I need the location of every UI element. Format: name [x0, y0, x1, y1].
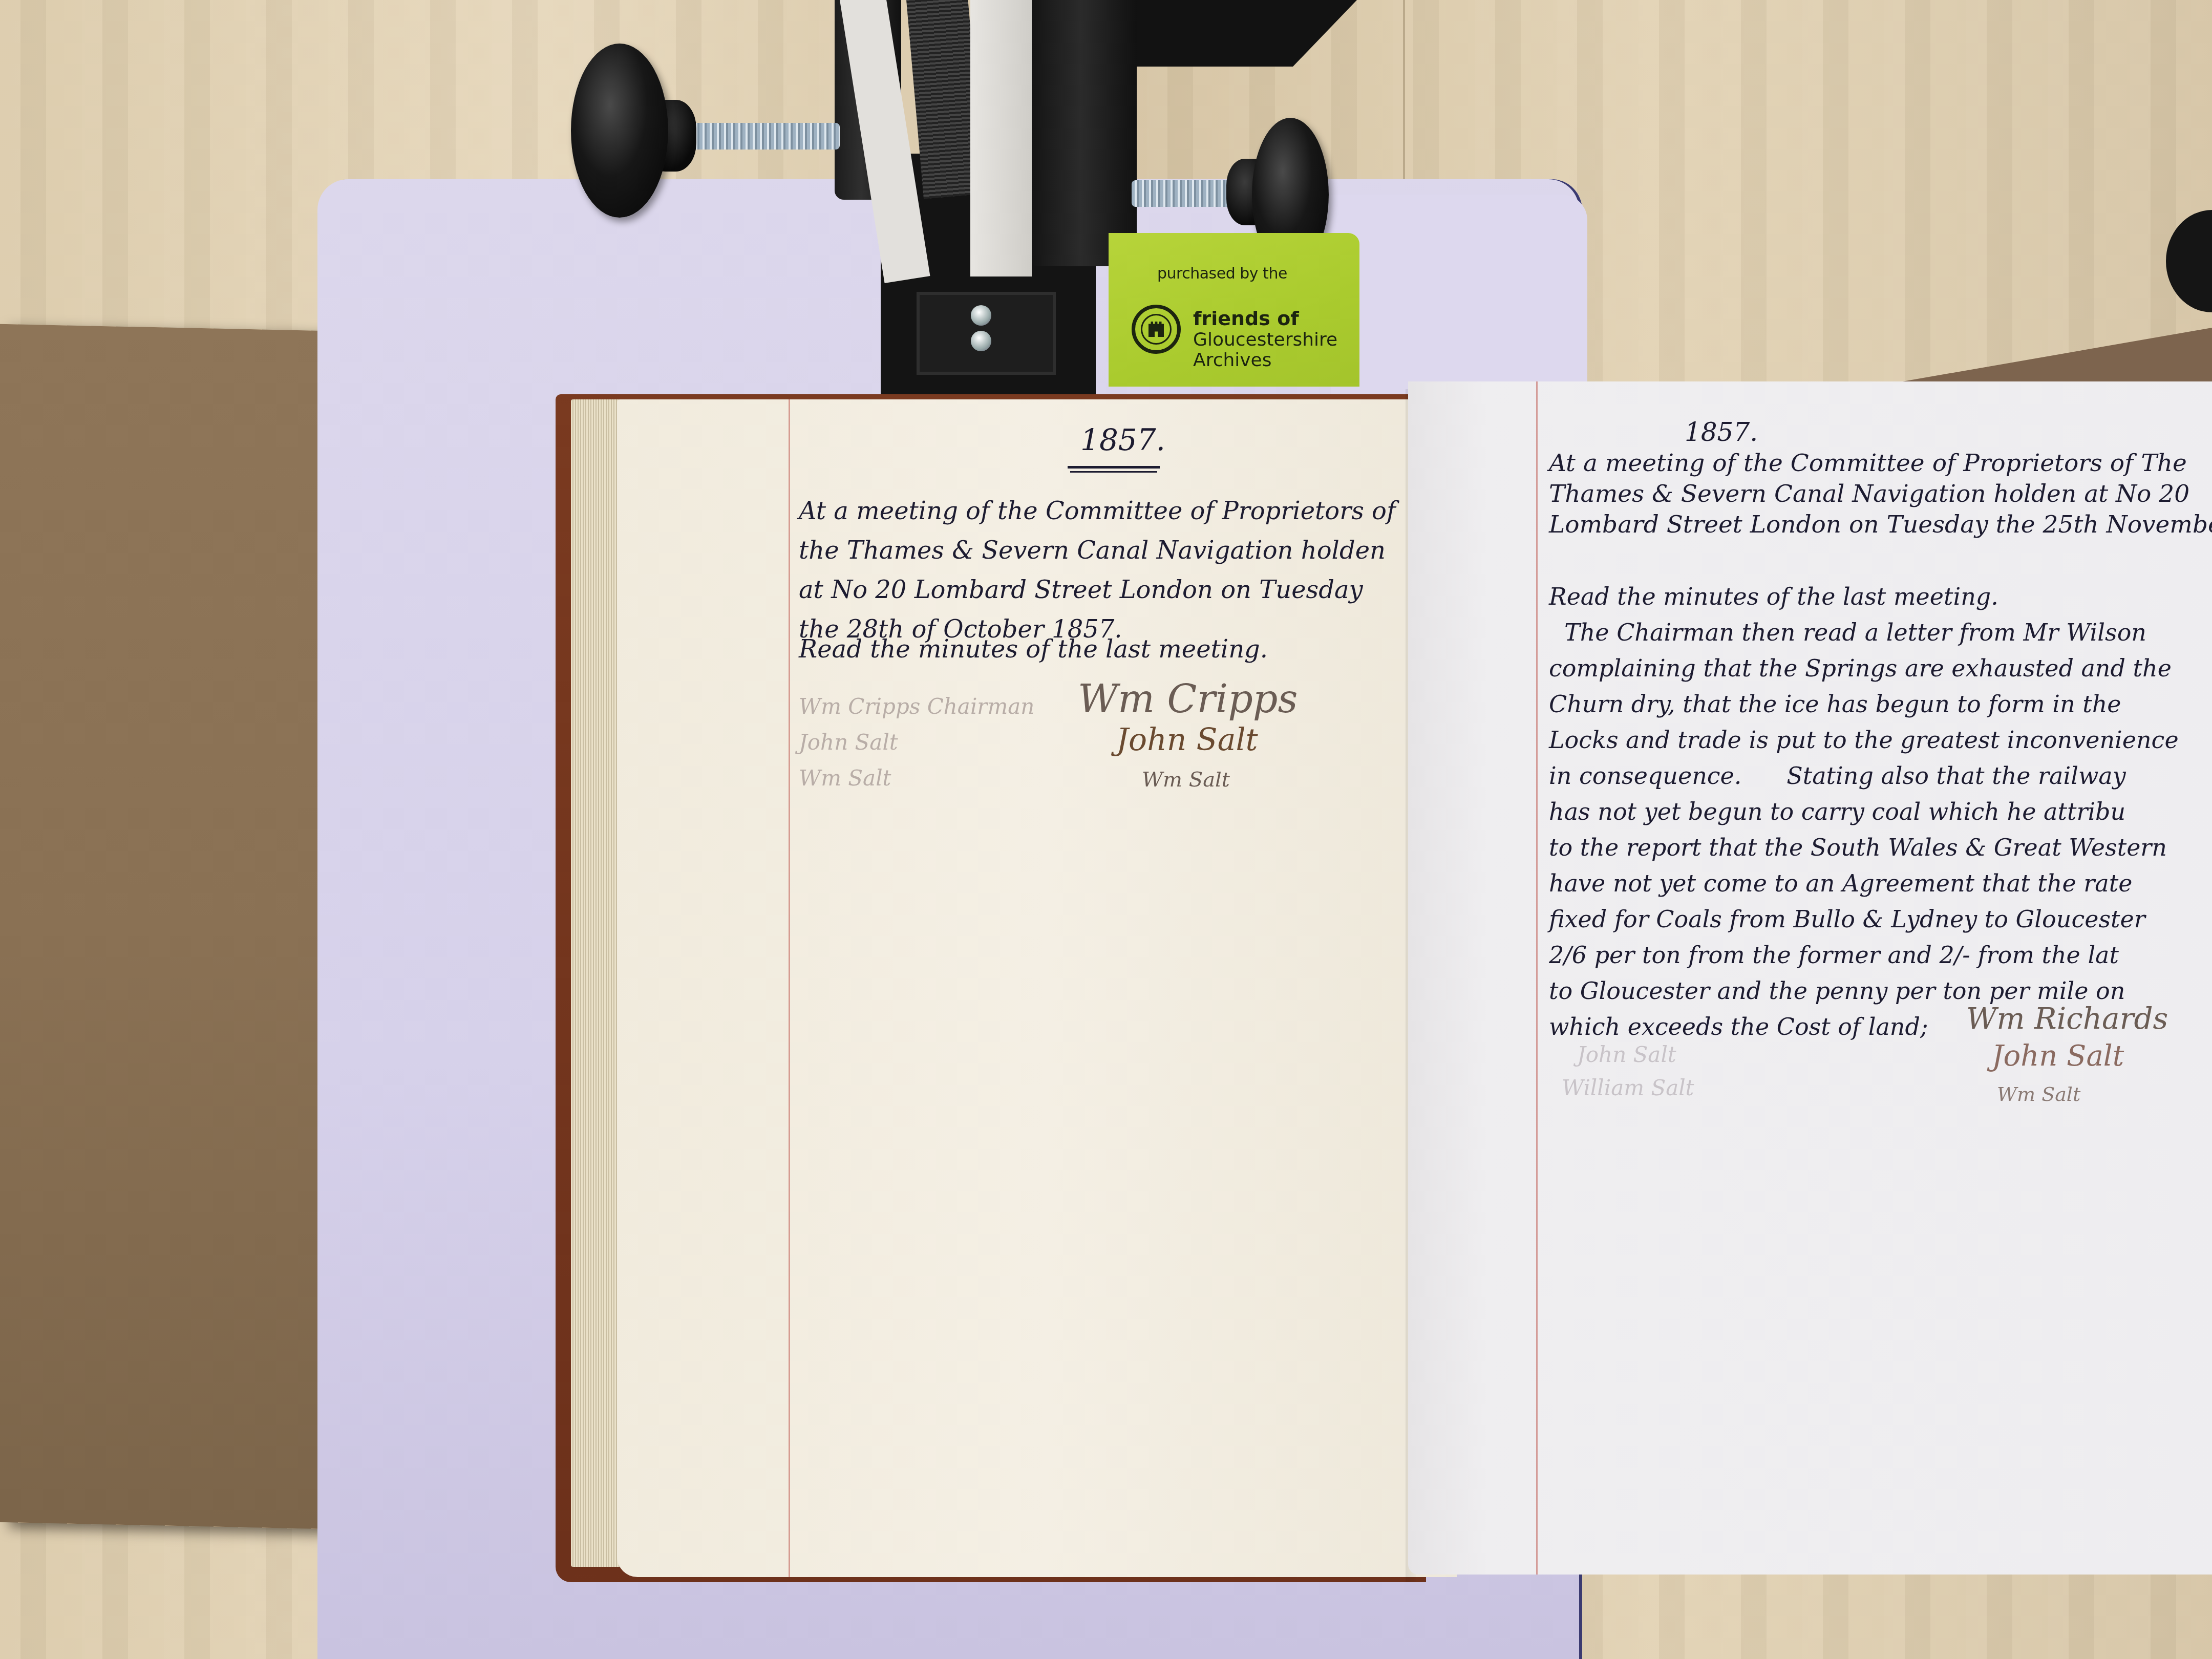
bolt-icon — [971, 331, 991, 351]
clamp-knob-left[interactable] — [571, 44, 668, 218]
body-line: Locks and trade is put to the greatest i… — [1549, 722, 2179, 758]
body-line: Churn dry, that the ice has begun to for… — [1549, 686, 2179, 722]
heading-line: the Thames & Severn Canal Navigation hol… — [799, 531, 1396, 570]
stand-arm-right — [1024, 0, 1137, 266]
body-line: to the report that the South Wales & Gre… — [1549, 829, 2179, 865]
right-page: 1857. At a meeting of the Committee of P… — [1408, 381, 2212, 1575]
minutes-line: Read the minutes of the last meeting. — [799, 630, 1268, 669]
signature: John Salt — [1116, 722, 1258, 758]
faint-name: John Salt — [1577, 1042, 1676, 1067]
page-year: 1857. — [1685, 417, 1758, 447]
heading-line: at No 20 Lombard Street London on Tuesda… — [799, 570, 1396, 610]
margin-rule — [789, 399, 790, 1577]
page-year: 1857. — [1080, 422, 1165, 457]
label-archives-text: Archives — [1193, 350, 1271, 371]
book-cradle-cushion-right — [1331, 195, 1587, 410]
body-line: has not yet begun to carry coal which he… — [1549, 794, 2179, 829]
faint-name: John Salt — [799, 730, 898, 755]
faint-name: William Salt — [1562, 1075, 1694, 1100]
left-page: 1857. At a meeting of the Committee of P… — [617, 399, 1457, 1577]
minutes-body: Read the minutes of the last meeting. Th… — [1549, 579, 2179, 1045]
stand-rail-right — [970, 0, 1032, 276]
signature: John Salt — [1992, 1039, 2124, 1073]
faint-name: Wm Salt — [799, 765, 891, 791]
body-line: have not yet come to an Agreement that t… — [1549, 865, 2179, 901]
clamp-block — [917, 292, 1056, 375]
body-line: fixed for Coals from Bullo & Lydney to G… — [1549, 901, 2179, 937]
body-line: The Chairman then read a letter from Mr … — [1549, 614, 2179, 650]
signature: Wm Richards — [1966, 1001, 2168, 1036]
year-underline — [1070, 471, 1157, 473]
meeting-heading: At a meeting of the Committee of Proprie… — [1549, 448, 2212, 540]
body-line: complaining that the Springs are exhaust… — [1549, 650, 2179, 686]
body-line: in consequence. Stating also that the ra… — [1549, 758, 2179, 794]
body-line: Read the minutes of the last meeting. — [1549, 579, 2179, 614]
label-gloucestershire-text: Gloucestershire — [1193, 329, 1337, 350]
margin-rule — [1536, 381, 1538, 1575]
heading-line: At a meeting of the Committee of Proprie… — [1549, 448, 2212, 479]
year-underline — [1068, 466, 1160, 469]
body-line: 2/6 per ton from the former and 2/- from… — [1549, 937, 2179, 973]
donor-label: purchased by the friends of Gloucestersh… — [1109, 233, 1359, 387]
minute-book: 1857. At a meeting of the Committee of P… — [556, 389, 2212, 1608]
label-friends-text: friends of — [1193, 307, 1299, 330]
faint-name: Wm Cripps Chairman — [799, 694, 1034, 719]
meeting-heading: At a meeting of the Committee of Proprie… — [799, 492, 1396, 649]
castle-icon — [1148, 322, 1164, 337]
heading-line: At a meeting of the Committee of Proprie… — [799, 492, 1396, 531]
bolt-icon — [971, 305, 991, 326]
heading-line: Lombard Street London on Tuesday the 25t… — [1549, 509, 2212, 540]
page-edges — [571, 399, 622, 1567]
signature: Wm Cripps — [1078, 676, 1298, 721]
brown-board — [0, 324, 353, 1529]
castle-seal-icon — [1132, 305, 1181, 354]
label-purchased-text: purchased by the — [1157, 265, 1287, 283]
heading-line: Thames & Severn Canal Navigation holden … — [1549, 479, 2212, 509]
signature: Wm Salt — [1997, 1083, 2080, 1105]
signature: Wm Salt — [1142, 768, 1230, 792]
